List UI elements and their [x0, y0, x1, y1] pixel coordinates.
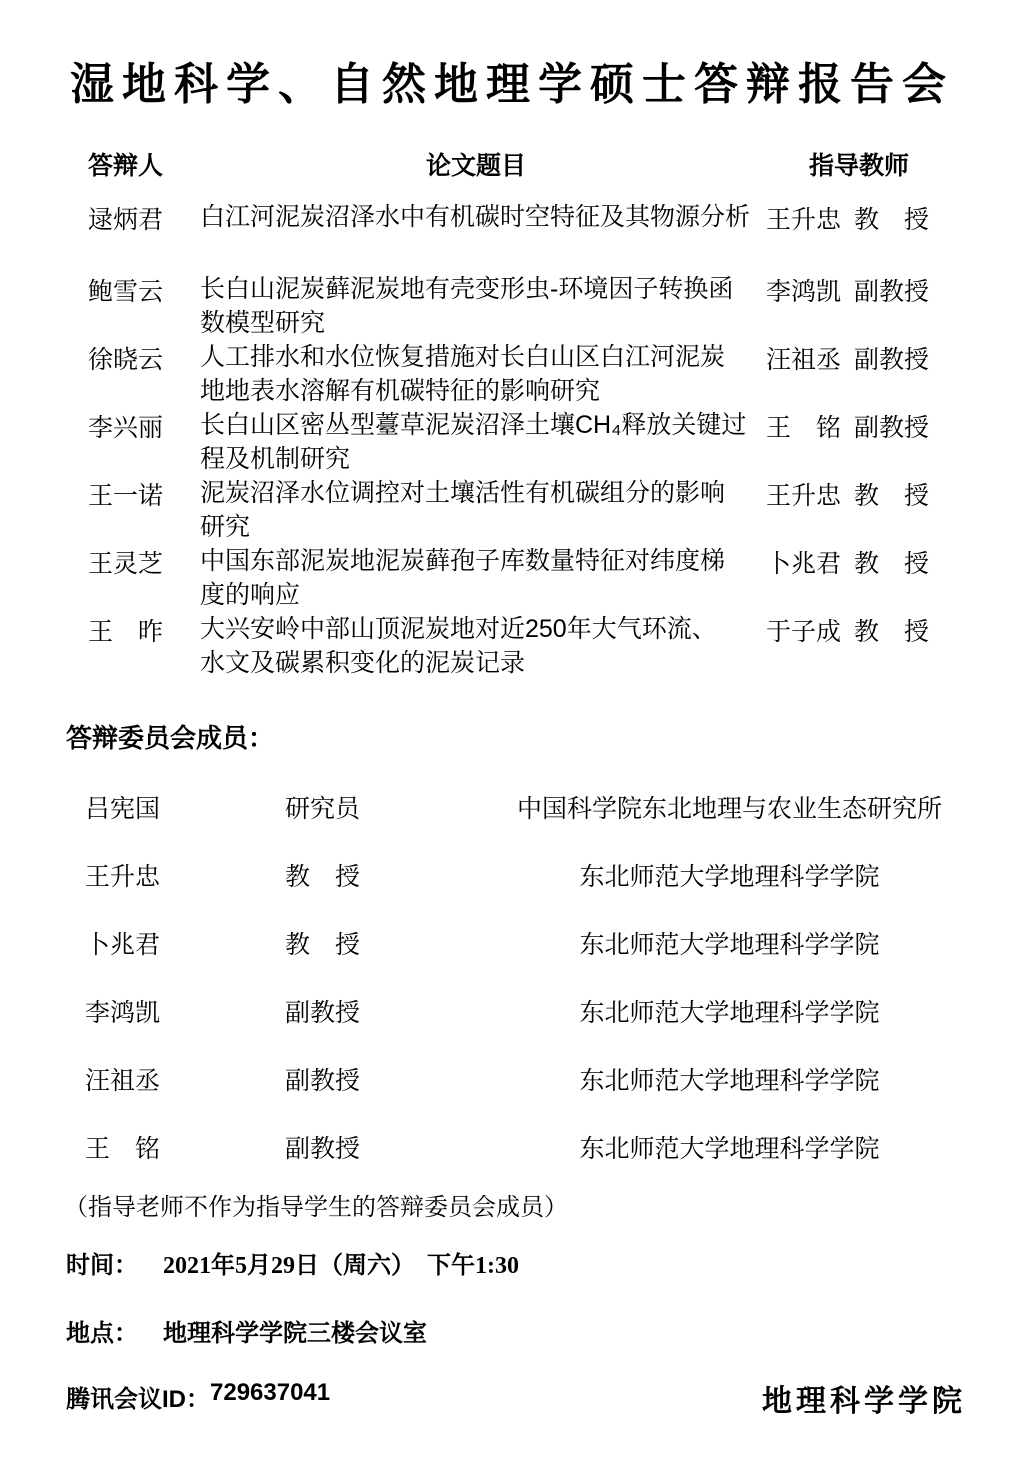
advisor-cell: 王 铭副教授 — [766, 408, 966, 444]
header-advisor: 指导教师 — [752, 146, 966, 182]
defender-name: 王灵芝 — [88, 544, 200, 580]
defense-row: 王灵芝 中国东部泥炭地泥炭藓孢子库数量特征对纬度梯 度的响应 卜兆君教 授 — [88, 544, 966, 612]
defense-table: 答辩人 论文题目 指导教师 逯炳君 白江河泥炭沼泽水中有机碳时空特征及其物源分析… — [88, 146, 966, 680]
advisor-name: 王升忠 — [766, 200, 841, 236]
issuer-signature: 地理科学学院 — [762, 1376, 966, 1420]
committee-row: 卜兆君 教 授 东北师范大学地理科学学院 — [85, 925, 1024, 993]
thesis-title: 长白山泥炭藓泥炭地有壳变形虫-环境因子转换函 数模型研究 — [200, 272, 752, 340]
member-affiliation: 东北师范大学地理科学学院 — [435, 925, 1024, 961]
advisor-name: 汪祖丞 — [766, 340, 841, 376]
member-rank: 副教授 — [285, 993, 435, 1029]
advisor-cell: 卜兆君教 授 — [766, 544, 966, 580]
member-name: 李鸿凯 — [85, 993, 285, 1029]
committee-heading: 答辩委员会成员： — [66, 718, 274, 755]
thesis-title: 人工排水和水位恢复措施对长白山区白江河泥炭 地地表水溶解有机碳特征的影响研究 — [200, 340, 752, 408]
time-value: 2021年5月29日（周六） 下午1:30 — [163, 1245, 519, 1280]
advisor-name: 于子成 — [766, 612, 841, 648]
document-page: 湿地科学、自然地理学硕士答辩报告会 答辩人 论文题目 指导教师 逯炳君 白江河泥… — [0, 0, 1024, 1483]
member-rank: 研究员 — [285, 789, 435, 825]
location-value: 地理科学学院三楼会议室 — [163, 1313, 427, 1348]
defense-row: 王一诺 泥炭沼泽水位调控对土壤活性有机碳组分的影响 研究 王升忠教 授 — [88, 476, 966, 544]
advisor-cell: 李鸿凯副教授 — [766, 272, 966, 308]
defense-row: 王 昨 大兴安岭中部山顶泥炭地对近250年大气环流、 水文及碳累积变化的泥炭记录… — [88, 612, 966, 680]
defense-row: 徐晓云 人工排水和水位恢复措施对长白山区白江河泥炭 地地表水溶解有机碳特征的影响… — [88, 340, 966, 408]
advisor-rank: 教 授 — [854, 544, 929, 580]
committee-row: 李鸿凯 副教授 东北师范大学地理科学学院 — [85, 993, 1024, 1061]
meeting-id-label: 腾讯会议ID： — [66, 1379, 210, 1414]
committee-row: 汪祖丞 副教授 东北师范大学地理科学学院 — [85, 1061, 1024, 1129]
defender-name: 鲍雪云 — [88, 272, 200, 308]
advisor-cell: 王升忠教 授 — [766, 476, 966, 512]
advisor-name: 卜兆君 — [766, 544, 841, 580]
committee-row: 王升忠 教 授 东北师范大学地理科学学院 — [85, 857, 1024, 925]
advisor-rank: 副教授 — [854, 272, 929, 308]
advisor-name: 王 铭 — [766, 408, 841, 444]
thesis-title: 大兴安岭中部山顶泥炭地对近250年大气环流、 水文及碳累积变化的泥炭记录 — [200, 612, 752, 680]
thesis-title: 长白山区密丛型薹草泥炭沼泽土壤CH₄释放关键过 程及机制研究 — [200, 408, 752, 476]
member-rank: 副教授 — [285, 1129, 435, 1165]
member-rank: 教 授 — [285, 925, 435, 961]
thesis-title: 泥炭沼泽水位调控对土壤活性有机碳组分的影响 研究 — [200, 476, 752, 544]
committee-note: （指导老师不作为指导学生的答辩委员会成员） — [64, 1187, 568, 1222]
location-line: 地点： 地理科学学院三楼会议室 — [66, 1313, 427, 1348]
defense-row: 鲍雪云 长白山泥炭藓泥炭地有壳变形虫-环境因子转换函 数模型研究 李鸿凯副教授 — [88, 272, 966, 340]
member-rank: 副教授 — [285, 1061, 435, 1097]
meeting-id-line: 腾讯会议ID： 729637041 — [66, 1379, 330, 1414]
defender-name: 李兴丽 — [88, 408, 200, 444]
thesis-title: 中国东部泥炭地泥炭藓孢子库数量特征对纬度梯 度的响应 — [200, 544, 752, 612]
location-label: 地点： — [66, 1313, 138, 1348]
defense-row: 逯炳君 白江河泥炭沼泽水中有机碳时空特征及其物源分析 王升忠教 授 — [88, 200, 966, 272]
member-name: 王 铭 — [85, 1129, 285, 1165]
member-affiliation: 东北师范大学地理科学学院 — [435, 857, 1024, 893]
member-name: 王升忠 — [85, 857, 285, 893]
defense-table-header: 答辩人 论文题目 指导教师 — [88, 146, 966, 200]
time-line: 时间： 2021年5月29日（周六） 下午1:30 — [66, 1245, 519, 1280]
member-affiliation: 东北师范大学地理科学学院 — [435, 1129, 1024, 1165]
member-name: 汪祖丞 — [85, 1061, 285, 1097]
thesis-title: 白江河泥炭沼泽水中有机碳时空特征及其物源分析 — [200, 200, 752, 234]
defender-name: 王 昨 — [88, 612, 200, 648]
advisor-name: 李鸿凯 — [766, 272, 841, 308]
member-rank: 教 授 — [285, 857, 435, 893]
defender-name: 逯炳君 — [88, 200, 200, 236]
member-affiliation: 东北师范大学地理科学学院 — [435, 993, 1024, 1029]
defender-name: 王一诺 — [88, 476, 200, 512]
advisor-rank: 教 授 — [854, 200, 929, 236]
advisor-rank: 教 授 — [854, 476, 929, 512]
advisor-cell: 王升忠教 授 — [766, 200, 966, 236]
meeting-id-value: 729637041 — [210, 1379, 330, 1414]
advisor-rank: 副教授 — [854, 340, 929, 376]
defense-row: 李兴丽 长白山区密丛型薹草泥炭沼泽土壤CH₄释放关键过 程及机制研究 王 铭副教… — [88, 408, 966, 476]
member-affiliation: 东北师范大学地理科学学院 — [435, 1061, 1024, 1097]
advisor-cell: 于子成教 授 — [766, 612, 966, 648]
page-title: 湿地科学、自然地理学硕士答辩报告会 — [0, 48, 1024, 112]
header-defender: 答辩人 — [88, 146, 200, 182]
advisor-cell: 汪祖丞副教授 — [766, 340, 966, 376]
defender-name: 徐晓云 — [88, 340, 200, 376]
time-label: 时间： — [66, 1245, 138, 1280]
advisor-rank: 副教授 — [854, 408, 929, 444]
committee-table: 吕宪国 研究员 中国科学院东北地理与农业生态研究所 王升忠 教 授 东北师范大学… — [85, 789, 1024, 1197]
header-thesis-title: 论文题目 — [200, 146, 752, 182]
member-affiliation: 中国科学院东北地理与农业生态研究所 — [435, 789, 1024, 825]
advisor-rank: 教 授 — [854, 612, 929, 648]
advisor-name: 王升忠 — [766, 476, 841, 512]
committee-row: 吕宪国 研究员 中国科学院东北地理与农业生态研究所 — [85, 789, 1024, 857]
member-name: 卜兆君 — [85, 925, 285, 961]
member-name: 吕宪国 — [85, 789, 285, 825]
